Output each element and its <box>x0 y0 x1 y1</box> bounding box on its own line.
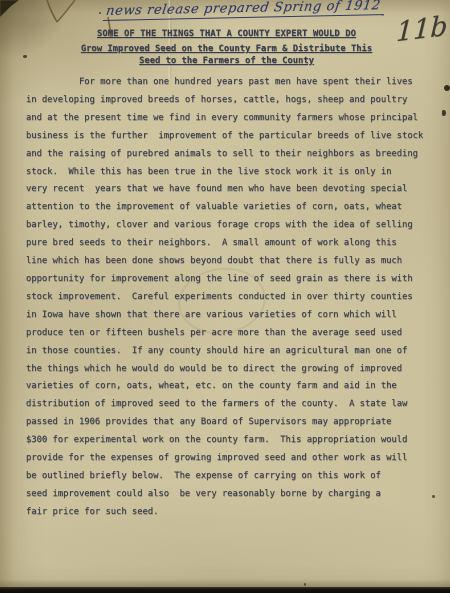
ink-speck <box>99 12 101 14</box>
document-body-text: For more than one hundred years past men… <box>26 74 427 522</box>
torn-corner <box>0 0 19 17</box>
ink-speck <box>444 85 450 91</box>
ink-speck <box>432 495 435 498</box>
document-subtitle: Grow Improved Seed on the County Farm & … <box>26 44 427 67</box>
bottom-edge-shadow <box>0 579 450 587</box>
handwritten-annotation: news release prepared Spring of 1912 <box>103 0 386 21</box>
document-title: SOME OF THE THINGS THAT A COUNTY EXPERT … <box>26 29 427 39</box>
scanned-typewritten-page: news release prepared Spring of 1912 11b… <box>0 0 450 593</box>
scan-edge-strip <box>0 587 450 593</box>
ink-speck <box>442 110 446 116</box>
